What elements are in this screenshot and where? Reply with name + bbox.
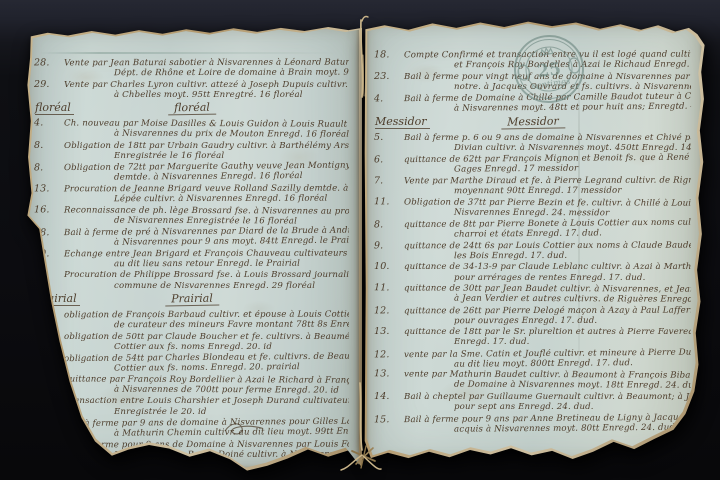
register-entry: 4. Ch. nouveau par Moise Dasilles & Loui… xyxy=(34,119,349,141)
entry-number: 16. xyxy=(34,205,50,215)
right-page-paper: 18. Compte Confirmé et transaction entre… xyxy=(366,20,703,465)
register-entry: 16. Reconnaissance de ph. lège Brossard … xyxy=(34,205,349,227)
register-entry: 9. quittance de 24tt 6s par Louis Cottie… xyxy=(374,240,691,261)
register-entry: 14. Bail à cheptel par Guillaume Guernau… xyxy=(374,392,691,413)
register-entry: 6. quittance de 62tt par François Mignon… xyxy=(374,153,691,176)
entry-line: Obligation de 18tt par Urbain Gaudry cul… xyxy=(34,141,349,151)
entry-number: 13. xyxy=(34,354,50,364)
month-heading-margin: Messidor xyxy=(375,115,430,129)
entry-line: Enregistrée le 16 floréal xyxy=(34,151,349,161)
register-entry: 15. Bail à ferme pour 9 ans par Anne Bre… xyxy=(374,412,691,435)
entry-number: 19. xyxy=(34,249,50,259)
entry-line: Gages Enregd. 17 messidor xyxy=(374,163,691,176)
entry-line: moyennant 90tt Enregd. 17 messidor xyxy=(374,186,691,197)
revenue-stamp-25-centimes: 25 centimes xyxy=(503,25,595,114)
month-heading-row: Messidor Messidor xyxy=(374,115,691,131)
entry-number: 12. xyxy=(374,350,390,360)
paraph-flourish-icon xyxy=(222,420,266,438)
register-entry: 9. obligation de 50tt par Claude Boucher… xyxy=(34,332,349,353)
month-heading-margin: Prairial xyxy=(35,292,80,306)
entry-number: 9. xyxy=(374,241,383,251)
entry-line: demtde. à Nisvarennes Enregd. 16 floréal xyxy=(34,171,349,184)
entry-number: 6. xyxy=(374,156,383,166)
entry-line: Procuration de Jeanne Brigard veuve Roll… xyxy=(34,184,349,195)
entry-line: Cottier aux fs. noms Enregd. 20. id xyxy=(34,342,349,352)
manuscript-right-page: 18. Compte Confirmé et transaction entre… xyxy=(364,18,706,468)
entry-line: à Mathurin Chemin cultivr. au dit lieu m… xyxy=(34,427,349,440)
entry-line: de curateur des mineurs Favre montant 78… xyxy=(34,320,349,331)
entry-line: à Nisvarennes pour 9 ans moyt. 84tt Enre… xyxy=(34,236,349,249)
entry-number: 10. xyxy=(34,374,50,384)
entry-line: les Bois Enregd. 17. dud. xyxy=(374,251,691,262)
entry-line: Lépée cultivr. à Nisvarennes Enregd. 16 … xyxy=(34,194,349,205)
month-heading-center: floréal xyxy=(167,101,215,116)
entry-number: 15. xyxy=(374,415,390,425)
entry-line: Vente par Marthe Diraud et fe. à Pierre … xyxy=(374,176,691,187)
entry-number: 2. xyxy=(34,310,43,320)
register-entry: 18. Bail à ferme de pré à Nisvarennes pa… xyxy=(34,226,349,249)
fold-crease xyxy=(39,52,339,54)
month-heading-row: Prairial Prairial xyxy=(34,292,349,308)
register-entry: 12. quittance de 26tt par Pierre Delogé … xyxy=(374,305,691,326)
manuscript-photo: 28. Vente par Jean Baturai sabotier à Ni… xyxy=(0,0,720,480)
entry-line: Divian cultivr. à Nisvarennes moyt. 450t… xyxy=(374,143,691,153)
month-heading-margin: floréal xyxy=(35,101,74,115)
register-entry: 8. Obligation de 72tt par Marguerite Gau… xyxy=(34,161,349,184)
register-entry: 12. vente par la Sme. Catin et Jouflé cu… xyxy=(374,347,691,370)
entry-line: Transaction entre Louis Charshier et Jos… xyxy=(34,396,349,406)
entry-number: 17. xyxy=(34,419,50,429)
entry-number: 8. xyxy=(34,141,43,151)
register-entry: 10. quittance par François Roy Bordellie… xyxy=(34,374,349,396)
entry-line: Échange entre Jean Brigard et François C… xyxy=(34,248,349,259)
register-entry: 11. quittance de 30tt par Jean Baudet cu… xyxy=(374,283,691,305)
entry-number: 29. xyxy=(34,80,50,90)
entry-line: Obligation de 37tt par Pierre Bezin et f… xyxy=(374,197,691,209)
register-entry: 5. Bail à ferme p. 6 ou 9 ans de domaine… xyxy=(374,133,691,154)
register-entry: 13. Procuration de Jeanne Brigard veuve … xyxy=(34,184,349,205)
entry-line: obligation de François Barbaud cultivr. … xyxy=(34,310,349,321)
left-page-register-entries: 28. Vente par Jean Baturai sabotier à Ni… xyxy=(34,58,349,461)
register-entry: 10. quittance de 34-13-9 par Claude Lebl… xyxy=(374,262,691,283)
register-entry: 13. obligation de 54tt par Charles Blond… xyxy=(34,352,349,375)
entry-line: Enregd. 17. dud. xyxy=(374,337,691,347)
entry-number: 10. xyxy=(374,262,390,272)
register-entry: 28. Vente par Jean Baturai sabotier à Ni… xyxy=(34,58,349,79)
entry-line: pour sept ans Enregd. 24. dud. xyxy=(374,402,691,412)
entry-line: à Nisvarennes du prix de Mouton Enregd. … xyxy=(34,129,349,141)
register-entry: 11. Obligation de 37tt par Pierre Bezin … xyxy=(374,197,691,219)
register-entry: 8. quittance de 8tt par Pierre Bonete à … xyxy=(374,218,691,241)
entry-number: 14. xyxy=(374,392,390,402)
entry-number: 13. xyxy=(374,370,390,380)
entry-number: 8. xyxy=(374,220,383,230)
entry-number: 23. xyxy=(374,72,390,82)
entry-line: pour ouvrages Enregd. 17. dud. xyxy=(374,315,691,326)
entry-number: 28. xyxy=(34,58,50,68)
entry-number: 9. xyxy=(34,332,43,342)
entry-number: 4. xyxy=(34,119,43,129)
register-entry: 19. Échange entre Jean Brigard et Franço… xyxy=(34,248,349,269)
entry-line: quittance par François Roy Bordellier à … xyxy=(34,374,349,386)
register-entry: 8. Obligation de 18tt par Urbain Gaudry … xyxy=(34,141,349,162)
entry-number: 7. xyxy=(374,176,383,186)
entry-line: Bail à cheptel par Guillaume Guernault c… xyxy=(374,392,691,402)
entry-line: quittance de 18tt par le Sr. plureltion … xyxy=(374,327,691,337)
entry-line: Procuration de Philippe Brossard fse. à … xyxy=(34,270,349,280)
entry-number: 14. xyxy=(34,396,50,406)
register-entry: 21. Procuration de Philippe Brossard fse… xyxy=(34,270,349,291)
entry-number: 4. xyxy=(374,94,383,104)
entry-line: quittance de 30tt par Jean Baudet cultiv… xyxy=(374,283,691,295)
entry-number: 11. xyxy=(374,283,390,293)
left-page-paper: 28. Vente par Jean Baturai sabotier à Ni… xyxy=(26,24,359,469)
entry-line: Dépt. de Rhône et Loire de domaine à Bra… xyxy=(34,68,349,79)
entry-number: 18. xyxy=(34,440,50,450)
manuscript-left-page: 28. Vente par Jean Baturai sabotier à Ni… xyxy=(24,22,362,472)
register-entry: 13. quittance de 18tt par le Sr. plurelt… xyxy=(374,327,691,348)
entry-line: pour arrérages de rentes Enregd. 17. dud… xyxy=(374,273,691,283)
entry-line: commune de Nisvarennes Enregd. 29 floréa… xyxy=(34,281,349,291)
month-heading-center: Messidor xyxy=(501,114,565,129)
entry-line: Reconnaissance de ph. lège Brossard fse.… xyxy=(34,205,349,217)
entry-number: 18. xyxy=(374,50,390,60)
entry-number: 13. xyxy=(374,327,390,337)
register-entry: 7. Vente par Marthe Diraud et fe. à Pier… xyxy=(374,176,691,197)
entry-line: obligation de 50tt par Claude Boucher et… xyxy=(34,332,349,342)
entry-line: quittance de 26tt par Pierre Delogé maço… xyxy=(374,305,691,316)
entry-line: Cottier aux fs. noms. Enregd. 20. prairi… xyxy=(34,362,349,375)
stamp-unit: centimes xyxy=(531,77,571,92)
entry-line: à Nisvarennes de 700tt pour ferme Enregd… xyxy=(34,384,349,396)
register-entry: 17. Bail à ferme par 9 ans de domaine à … xyxy=(34,417,349,440)
entry-number: 5. xyxy=(374,133,383,143)
register-entry: 13. vente par Mathurin Baudet cultivr. à… xyxy=(374,370,691,392)
register-entry: 29. Vente par Charles Lyron cultivr. att… xyxy=(34,80,349,101)
entry-line: à Chbelles moyt. 95tt Enregtré. 16 floré… xyxy=(34,90,349,100)
entry-line: quittance de 24tt 6s par Louis Cottier a… xyxy=(374,240,691,251)
entry-line: à Jean Verdier et autres cultivrs. de Ri… xyxy=(374,294,691,306)
entry-number: 11. xyxy=(374,197,390,207)
entry-number: 13. xyxy=(34,184,50,194)
entry-line: Vente par Charles Lyron cultivr. attezé … xyxy=(34,80,349,90)
entry-line: au dit lieu sans retour Enregd. le Prair… xyxy=(34,259,349,270)
register-entry: 2. obligation de François Barbaud cultiv… xyxy=(34,310,349,331)
entry-number: 12. xyxy=(374,306,390,316)
entry-line: charroi et états Enregd. 17. dud. xyxy=(374,228,691,241)
month-heading-row: floréal floréal xyxy=(34,101,349,117)
month-heading-center: Prairial xyxy=(165,291,219,306)
entry-line: Bail à ferme p. 6 ou 9 ans de domaine à … xyxy=(374,133,691,143)
entry-line: quittance de 34-13-9 par Claude Leblanc … xyxy=(374,262,691,272)
entry-line: de Domaine à Nisvarennes moyt. 18tt Enre… xyxy=(374,380,691,392)
entry-number: 8. xyxy=(34,164,43,174)
